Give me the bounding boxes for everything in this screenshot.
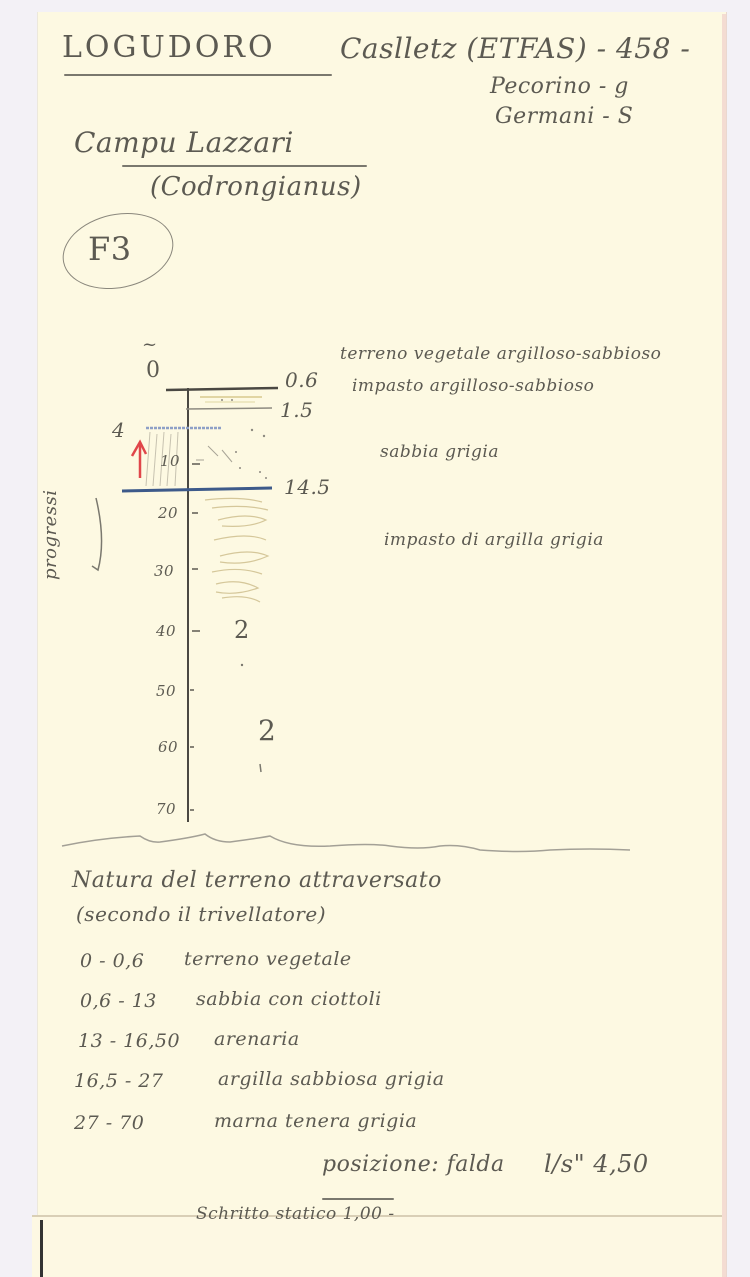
legend-description: marna tenera grigia <box>214 1110 417 1132</box>
depth-label-50: 50 <box>156 682 176 700</box>
legend-description: argilla sabbiosa grigia <box>218 1068 445 1090</box>
marker-label-14-5: 14.5 <box>284 475 331 499</box>
legend-range: 13 - 16,50 <box>78 1030 180 1052</box>
depth-label-20: 20 <box>158 504 178 522</box>
level-mark-2: 2 <box>258 714 276 747</box>
depth-label-30: 30 <box>154 562 174 580</box>
legend-title: Natura del terreno attraversato <box>72 868 442 893</box>
depth-label-0: 0 <box>146 358 161 383</box>
marker-label-1-5: 1.5 <box>280 398 313 422</box>
position-label: posizione: falda <box>322 1152 505 1177</box>
flow-rate: l/s" 4,50 <box>544 1150 649 1178</box>
annotation-impasto-sabbioso: impasto argilloso-sabbioso <box>352 376 594 396</box>
next-page-edge <box>32 1215 722 1277</box>
annotation-terreno-vegetale: terreno vegetale argilloso-sabbioso <box>340 344 661 364</box>
surface-marker: ~ <box>142 334 158 355</box>
position-underline <box>322 1198 394 1200</box>
depth-label-60: 60 <box>158 738 178 756</box>
legend-range: 0 - 0,6 <box>80 950 144 972</box>
annotation-sabbia-grigia: sabbia grigia <box>380 442 499 462</box>
legend-description: arenaria <box>214 1028 300 1050</box>
binding-edge <box>40 1220 43 1277</box>
static-level-note: Schritto statico 1,00 - <box>196 1204 395 1224</box>
legend-subtitle: (secondo il trivellatore) <box>76 902 326 926</box>
legend-range: 16,5 - 27 <box>74 1070 163 1092</box>
legend-description: terreno vegetale <box>184 948 352 970</box>
marker-label-0-6: 0.6 <box>285 368 318 392</box>
depth-label-10: 10 <box>160 452 180 470</box>
depth-label-70: 70 <box>156 800 176 818</box>
legend-range: 0,6 - 13 <box>80 990 157 1012</box>
legend-description: sabbia con ciottoli <box>196 988 382 1010</box>
depth-label-4: 4 <box>112 418 125 442</box>
progressi-side-note: progressi <box>40 490 61 580</box>
legend-range: 27 - 70 <box>74 1112 144 1134</box>
level-mark-1: 2 <box>234 616 250 644</box>
depth-label-40: 40 <box>156 622 176 640</box>
annotation-impasto-argilla: impasto di argilla grigia <box>384 530 604 550</box>
